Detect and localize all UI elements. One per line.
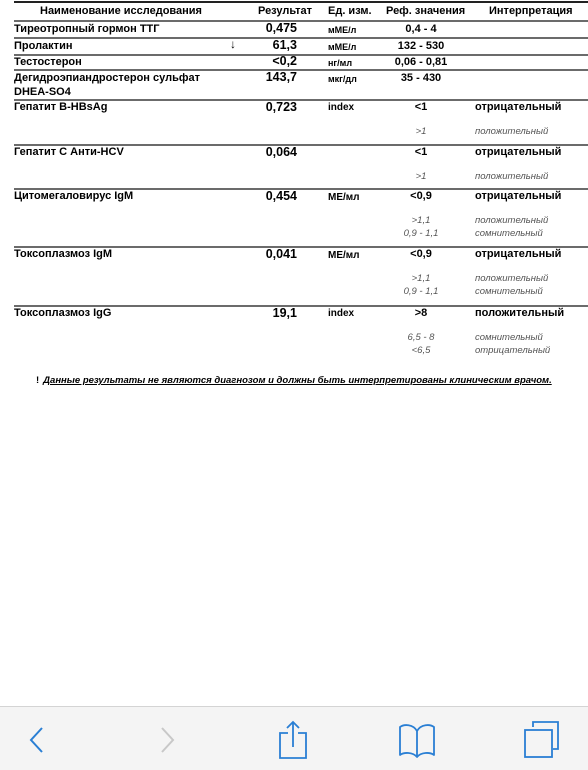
interpretation: отрицательный [475, 146, 561, 159]
reference-range: 132 - 530 [366, 40, 476, 53]
bookmarks-book-icon [398, 721, 436, 759]
sub-reference: <6,5 [366, 344, 476, 357]
sub-reference: 6,5 - 8 [366, 331, 476, 344]
unit: index [328, 101, 354, 114]
result-value: 0,475 [227, 22, 297, 35]
share-icon [278, 720, 308, 760]
unit: МЕ/мл [328, 249, 360, 262]
sub-interpretation: положительный [475, 272, 548, 285]
header-result: Результат [258, 5, 312, 18]
table-top-border [14, 1, 588, 3]
unit: мМЕ/л [328, 41, 356, 54]
row-divider [14, 37, 588, 39]
forward-chevron-icon [156, 725, 178, 755]
result-value: 0,454 [227, 190, 297, 203]
reference-range: 0,06 - 0,81 [366, 56, 476, 69]
reference-range: <0,9 [366, 190, 476, 203]
sub-reference: >1,1 [366, 214, 476, 227]
row-divider [14, 54, 588, 56]
sub-interpretation: положительный [475, 170, 548, 183]
test-name: Токсоплазмоз IgG [14, 307, 111, 320]
interpretation: отрицательный [475, 248, 561, 261]
sub-interpretation: отрицательный [475, 344, 550, 357]
test-name-line1: Дегидроэпиандростерон сульфат [14, 72, 200, 85]
back-chevron-icon [26, 725, 48, 755]
result-value: 143,7 [227, 71, 297, 84]
disclaimer-text: Данные результаты не являются диагнозом … [43, 375, 552, 386]
sub-reference: >1,1 [366, 272, 476, 285]
sub-reference: >1 [366, 170, 476, 183]
share-button[interactable] [268, 715, 318, 765]
result-value: 61,3 [227, 39, 297, 52]
exclamation-icon: ! [36, 375, 39, 386]
bookmarks-button[interactable] [392, 715, 442, 765]
interpretation: отрицательный [475, 190, 561, 203]
reference-range: <1 [366, 101, 476, 114]
browser-toolbar [0, 706, 588, 770]
result-value: 0,041 [227, 248, 297, 261]
back-button[interactable] [12, 715, 62, 765]
row-divider [14, 69, 588, 71]
test-name: Гепатит B-HBsAg [14, 101, 107, 114]
interpretation: положительный [475, 307, 564, 320]
test-name: Тиреотропный гормон ТТГ [14, 23, 160, 36]
forward-button[interactable] [142, 715, 192, 765]
test-name-line2: DHEA-SO4 [14, 86, 71, 99]
sub-reference: >1 [366, 125, 476, 138]
unit: МЕ/мл [328, 191, 360, 204]
unit: мМЕ/л [328, 24, 356, 37]
test-name: Пролактин [14, 40, 72, 53]
sub-interpretation: положительный [475, 125, 548, 138]
unit: index [328, 307, 354, 320]
header-interpretation: Интерпретация [489, 5, 573, 18]
sub-interpretation: сомнительный [475, 227, 543, 240]
sub-reference: 0,9 - 1,1 [366, 285, 476, 298]
result-value: 19,1 [227, 307, 297, 320]
result-value: 0,064 [227, 146, 297, 159]
test-name: Токсоплазмоз IgM [14, 248, 112, 261]
test-name: Тестостерон [14, 56, 82, 69]
tabs-button[interactable] [517, 715, 567, 765]
sub-interpretation: сомнительный [475, 331, 543, 344]
reference-range: <1 [366, 146, 476, 159]
result-value: 0,723 [227, 101, 297, 114]
sub-interpretation: сомнительный [475, 285, 543, 298]
reference-range: 0,4 - 4 [366, 23, 476, 36]
sub-interpretation: положительный [475, 214, 548, 227]
disclaimer-note: !Данные результаты не являются диагнозом… [36, 375, 552, 386]
header-name: Наименование исследования [40, 5, 202, 18]
row-divider [14, 20, 588, 22]
reference-range: <0,9 [366, 248, 476, 261]
reference-range: >8 [366, 307, 476, 320]
test-name: Гепатит С Анти-HCV [14, 146, 124, 159]
header-reference: Реф. значения [386, 5, 465, 18]
reference-range: 35 - 430 [366, 72, 476, 85]
tabs-icon [524, 721, 560, 759]
test-name: Цитомегаловирус IgM [14, 190, 133, 203]
sub-reference: 0,9 - 1,1 [366, 227, 476, 240]
unit: мкг/дл [328, 73, 357, 86]
header-unit: Ед. изм. [328, 5, 372, 18]
interpretation: отрицательный [475, 101, 561, 114]
result-value: <0,2 [227, 55, 297, 68]
